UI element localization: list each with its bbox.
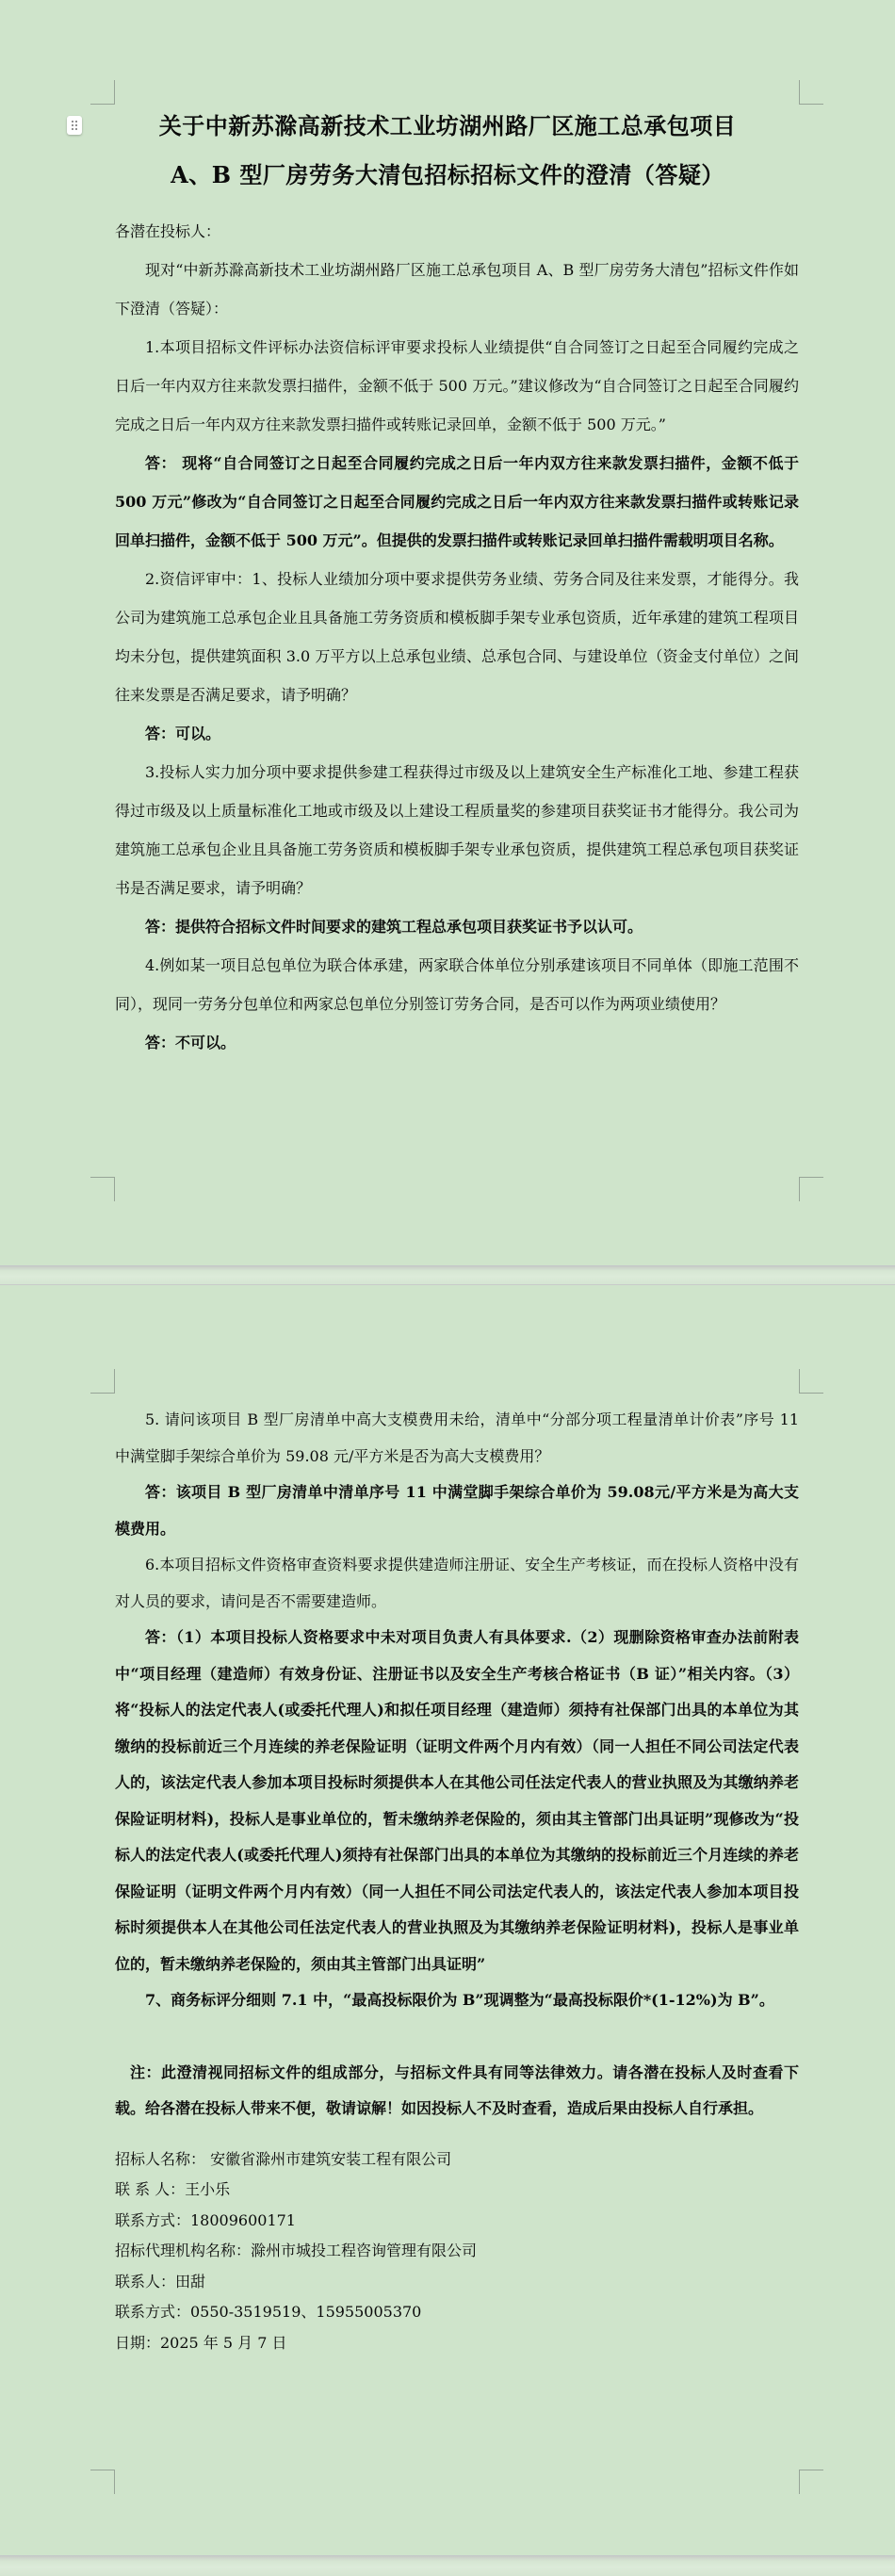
margin-crop-mark <box>799 2470 823 2494</box>
document-title: 关于中新苏滁高新技术工业坊湖州路厂区施工总承包项目 A、B 型厂房劳务大清包招标… <box>57 102 838 200</box>
tenderer-phone: 联系方式：18009600171 <box>115 2206 799 2237</box>
document-page-1: 关于中新苏滁高新技术工业坊湖州路厂区施工总承包项目 A、B 型厂房劳务大清包招标… <box>0 0 895 1265</box>
document-canvas: 关于中新苏滁高新技术工业坊湖州路厂区施工总承包项目 A、B 型厂房劳务大清包招标… <box>0 0 895 2576</box>
answer-5: 答：该项目 B 型厂房清单中清单序号 11 中满堂脚手架综合单价为 59.08元… <box>115 1475 799 1547</box>
legal-note: 注：此澄清视同招标文件的组成部分，与招标文件具有同等法律效力。请各潜在投标人及时… <box>115 2055 799 2128</box>
agency-name: 招标代理机构名称：滁州市城投工程咨询管理有限公司 <box>115 2236 799 2267</box>
answer-2: 答：可以。 <box>115 714 799 753</box>
page2-body: 5. 请问该项目 B 型厂房清单中高大支模费用未给，清单中“分部分项工程量清单计… <box>115 1402 799 2358</box>
document-title-line-1: 关于中新苏滁高新技术工业坊湖州路厂区施工总承包项目 <box>57 102 838 151</box>
contact-block: 招标人名称： 安徽省滁州市建筑安装工程有限公司 联 系 人：王小乐 联系方式：1… <box>115 2144 799 2359</box>
answer-4: 答：不可以。 <box>115 1023 799 1062</box>
page-separator <box>0 1265 895 1285</box>
question-7-adjustment: 7、商务标评分细则 7.1 中，“最高投标限价为 B”现调整为“最高投标限价*(… <box>115 1982 799 2019</box>
answer-3: 答：提供符合招标文件时间要求的建筑工程总承包项目获奖证书予以认可。 <box>115 907 799 946</box>
question-2: 2.资信评审中：1、投标人业绩加分项中要求提供劳务业绩、劳务合同及往来发票，才能… <box>115 560 799 714</box>
agency-phone: 联系方式：0550-3519519、15955005370 <box>115 2297 799 2328</box>
answer-6: 答：（1）本项目投标人资格要求中未对项目负责人有具体要求.（2）现删除资格审查办… <box>115 1620 799 1982</box>
answer-1: 答： 现将“自合同签订之日起至合同履约完成之日后一年内双方往来款发票扫描件，金额… <box>115 444 799 560</box>
page1-body: 各潜在投标人： 现对“中新苏滁高新技术工业坊湖州路厂区施工总承包项目 A、B 型… <box>115 212 799 1062</box>
margin-crop-mark <box>90 1177 115 1201</box>
document-title-line-2: A、B 型厂房劳务大清包招标招标文件的澄清（答疑） <box>57 151 838 200</box>
tenderer-contact: 联 系 人：王小乐 <box>115 2175 799 2206</box>
page-separator <box>0 2555 895 2576</box>
question-3: 3.投标人实力加分项中要求提供参建工程获得过市级及以上建筑安全生产标准化工地、参… <box>115 753 799 907</box>
question-1: 1.本项目招标文件评标办法资信标评审要求投标人业绩提供“自合同签订之日起至合同履… <box>115 328 799 444</box>
question-4: 4.例如某一项目总包单位为联合体承建，两家联合体单位分别承建该项目不同单体（即施… <box>115 946 799 1023</box>
question-6: 6.本项目招标文件资格审查资料要求提供建造师注册证、安全生产考核证，而在投标人资… <box>115 1547 799 1620</box>
agency-contact: 联系人：田甜 <box>115 2267 799 2298</box>
question-5: 5. 请问该项目 B 型厂房清单中高大支模费用未给，清单中“分部分项工程量清单计… <box>115 1402 799 1475</box>
salutation: 各潜在投标人： <box>115 212 799 251</box>
margin-crop-mark <box>90 1369 115 1394</box>
intro-paragraph: 现对“中新苏滁高新技术工业坊湖州路厂区施工总承包项目 A、B 型厂房劳务大清包”… <box>115 251 799 328</box>
margin-crop-mark <box>90 2470 115 2494</box>
tenderer-name: 招标人名称： 安徽省滁州市建筑安装工程有限公司 <box>115 2144 799 2176</box>
margin-crop-mark <box>799 1177 823 1201</box>
document-date: 日期：2025 年 5 月 7 日 <box>115 2328 799 2359</box>
margin-crop-mark <box>799 1369 823 1394</box>
